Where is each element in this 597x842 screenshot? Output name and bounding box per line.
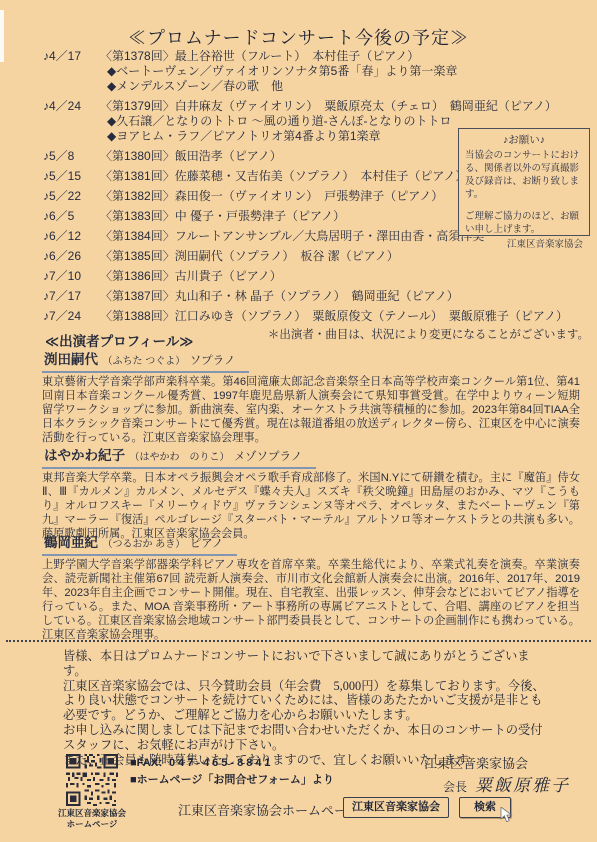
performer-bio: 上野学園大学音楽学部器楽学科ピアノ専攻を首席卒業。卒業生総代により、卒業式礼奏を… bbox=[42, 559, 580, 642]
schedule-piece: ◆久石譲／となりのトトロ ～風の通り道-さんぽ-となりのトトロ bbox=[0, 114, 597, 129]
schedule-text: 〈第1379回〉白井麻友（ヴァイオリン） 粟飯原亮太（チェロ） 鶴岡亜紀（ピアノ… bbox=[100, 99, 557, 114]
piece-text: ◆久石譲／となりのトトロ ～風の通り道-さんぽ-となりのトトロ bbox=[107, 114, 452, 128]
schedule-row: ♪4／17〈第1378回〉最上谷裕世（フルート） 本村佳子（ピアノ） bbox=[0, 49, 597, 64]
schedule-row: ♪7／24〈第1388回〉江口みゆき（ソプラノ） 粟飯原俊文（テノール） 粟飯原… bbox=[0, 309, 597, 324]
schedule-text: 〈第1380回〉飯田浩孝（ピアノ） bbox=[100, 149, 282, 164]
performer-profile: 渕田嗣代 （ふちた つぐよ） ソプラノ 東京藝術大学音楽学部声楽科卒業。第46回… bbox=[42, 348, 580, 446]
fax-label: ■FAX： bbox=[130, 757, 169, 769]
performer-header: 鶴岡亜紀 （つるおか あき） ピアノ bbox=[42, 531, 237, 556]
performer-profile: はやかわ紀子 （はやかわ のりこ） メゾソプラノ 東邦音楽大学卒業。日本オペラ振… bbox=[42, 444, 580, 542]
appeal-paragraph: 皆様、本日はプロムナードコンサートにおいで下さいまして誠にありがとうございます。 bbox=[63, 649, 545, 679]
schedule-date: ♪7／10 bbox=[43, 269, 100, 284]
performer-bio: 東京藝術大学音楽学部声楽科卒業。第46回滝廉太郎記念音楽祭全日本高等学校声楽コン… bbox=[42, 376, 580, 446]
schedule-date: ♪7／24 bbox=[43, 309, 100, 324]
appeal-paragraph: お申し込みに関しましては下記までお問い合わせいただくか、本日のコンサートの受付ス… bbox=[63, 723, 545, 753]
schedule-row: ♪7／10〈第1386回〉古川貴子（ピアノ） bbox=[0, 269, 597, 284]
schedule-text: 〈第1387回〉丸山和子・林 晶子（ソプラノ） 鶴岡亜紀（ピアノ） bbox=[100, 289, 459, 304]
profiles-section-heading: ≪出演者プロフィール≫ bbox=[45, 330, 193, 350]
performer-furigana: （はやかわ のりこ） bbox=[129, 452, 229, 463]
schedule-date: ♪4／24 bbox=[43, 99, 100, 114]
schedule-date: ♪4／17 bbox=[43, 49, 100, 64]
schedule-date: ♪6／12 bbox=[43, 229, 100, 244]
notice-body: 当協会のコンサートにおける、関係者以外の写真撮影及び録音は、お断り致します。 bbox=[465, 149, 583, 201]
search-caption: 江東区音楽家協会ホームページ bbox=[178, 800, 360, 819]
performer-header: 渕田嗣代 （ふちた つぐよ） ソプラノ bbox=[42, 348, 249, 373]
schedule-text: 〈第1381回〉佐藤菜穂・又吉佑美（ソプラノ） 本村佳子（ピアノ） bbox=[100, 169, 467, 184]
piece-text: ◆ベートーヴェン／ヴァイオリンソナタ第5番「春」より第一楽章 bbox=[107, 64, 457, 78]
schedule-date: ♪7／17 bbox=[43, 289, 100, 304]
performer-header: はやかわ紀子 （はやかわ のりこ） メゾソプラノ bbox=[42, 444, 316, 469]
schedule-date: ♪6／5 bbox=[43, 209, 100, 224]
piece-text: ◆メンデルスゾーン／春の歌 他 bbox=[107, 79, 283, 93]
fax-line: ■FAX：047-465-8841 bbox=[130, 755, 334, 772]
performer-profile: 鶴岡亜紀 （つるおか あき） ピアノ 上野学園大学音楽学部器楽学科ピアノ専攻を首… bbox=[42, 531, 580, 642]
schedule-text: 〈第1384回〉フルートアンサンブル／大鳥居明子・澤田由香・高須洋美 bbox=[100, 229, 484, 244]
dotted-separator bbox=[6, 640, 591, 642]
performer-furigana: （つるおか あき） bbox=[102, 539, 185, 550]
notice-title: ♪お願い♪ bbox=[465, 134, 583, 147]
president-name: 粟飯原雅子 bbox=[475, 776, 570, 795]
president-signature: 会長粟飯原雅子 bbox=[443, 771, 570, 796]
mouse-cursor-icon bbox=[500, 807, 513, 823]
schedule-text: 〈第1383回〉中 優子・戸張勢津子（ピアノ） bbox=[100, 209, 345, 224]
schedule-piece: ◆ベートーヴェン／ヴァイオリンソナタ第5番「春」より第一楽章 bbox=[0, 64, 597, 79]
photography-notice-box: ♪お願い♪ 当協会のコンサートにおける、関係者以外の写真撮影及び録音は、お断り致… bbox=[458, 128, 590, 236]
schedule-text: 〈第1385回〉渕田嗣代（ソプラノ） 板谷 潔（ピアノ） bbox=[100, 249, 399, 264]
schedule-row: ♪7／17〈第1387回〉丸山和子・林 晶子（ソプラノ） 鶴岡亜紀（ピアノ） bbox=[0, 289, 597, 304]
notice-body: ご理解ご協力のほど、お願い申し上げます。 bbox=[465, 210, 583, 236]
schedule-date: ♪5／8 bbox=[43, 149, 100, 164]
search-input[interactable]: 江東区音楽家協会 bbox=[343, 797, 449, 818]
performer-name: はやかわ紀子 bbox=[44, 448, 125, 463]
schedule-text: 〈第1388回〉江口みゆき（ソプラノ） 粟飯原俊文（テノール） 粟飯原雅子（ピア… bbox=[100, 309, 568, 324]
notice-signature: 江東区音楽家協会 bbox=[465, 238, 583, 251]
schedule-date: ♪5／15 bbox=[43, 169, 100, 184]
performer-part: メゾソプラノ bbox=[234, 451, 302, 463]
performer-part: ソプラノ bbox=[190, 355, 236, 367]
qr-caption-line: 江東区音楽家協会 bbox=[42, 808, 142, 819]
membership-appeal: 皆様、本日はプロムナードコンサートにおいで下さいまして誠にありがとうございます。… bbox=[63, 649, 545, 767]
performer-part: ピアノ bbox=[190, 538, 224, 550]
performer-name: 渕田嗣代 bbox=[44, 352, 98, 367]
schedule-piece: ◆メンデルスゾーン／春の歌 他 bbox=[0, 79, 597, 94]
schedule-date: ♪6／26 bbox=[43, 249, 100, 264]
fax-number: 047-465-8841 bbox=[169, 757, 274, 769]
president-label: 会長 bbox=[443, 780, 467, 794]
qr-caption-line: ホームページ bbox=[42, 819, 142, 830]
performer-furigana: （ふちた つぐよ） bbox=[102, 356, 185, 367]
schedule-date: ♪5／22 bbox=[43, 189, 100, 204]
schedule-text: 〈第1378回〉最上谷裕世（フルート） 本村佳子（ピアノ） bbox=[100, 49, 419, 64]
organization-name: 江東区音楽家協会 bbox=[424, 753, 528, 772]
schedule-row: ♪6／26〈第1385回〉渕田嗣代（ソプラノ） 板谷 潔（ピアノ） bbox=[0, 249, 597, 264]
qr-caption: 江東区音楽家協会 ホームページ bbox=[42, 808, 142, 830]
schedule-text: 〈第1382回〉森田俊一（ヴァイオリン） 戸張勢津子（ピアノ） bbox=[100, 189, 443, 204]
flyer-page: ≪プロムナードコンサート今後の予定≫ ♪4／17〈第1378回〉最上谷裕世（フル… bbox=[0, 0, 597, 842]
appeal-paragraph: 江東区音楽家協会では、只今賛助会員（年会費 5,000円）を募集しております。今… bbox=[63, 679, 545, 723]
performer-name: 鶴岡亜紀 bbox=[44, 535, 98, 550]
program-change-note: ＊出演者・曲目は、状況により変更になることがございます。 bbox=[268, 326, 589, 342]
piece-text: ◆ヨアヒム・ラフ／ピアノトリオ第4番より第1楽章 bbox=[107, 129, 381, 143]
contact-info: ■FAX：047-465-8841 ■ホームページ「お問合せフォーム」より bbox=[130, 755, 334, 789]
homepage-line: ■ホームページ「お問合せフォーム」より bbox=[130, 772, 334, 789]
qr-code bbox=[66, 754, 118, 806]
schedule-text: 〈第1386回〉古川貴子（ピアノ） bbox=[100, 269, 282, 284]
schedule-row: ♪4／24〈第1379回〉白井麻友（ヴァイオリン） 粟飯原亮太（チェロ） 鶴岡亜… bbox=[0, 99, 597, 114]
